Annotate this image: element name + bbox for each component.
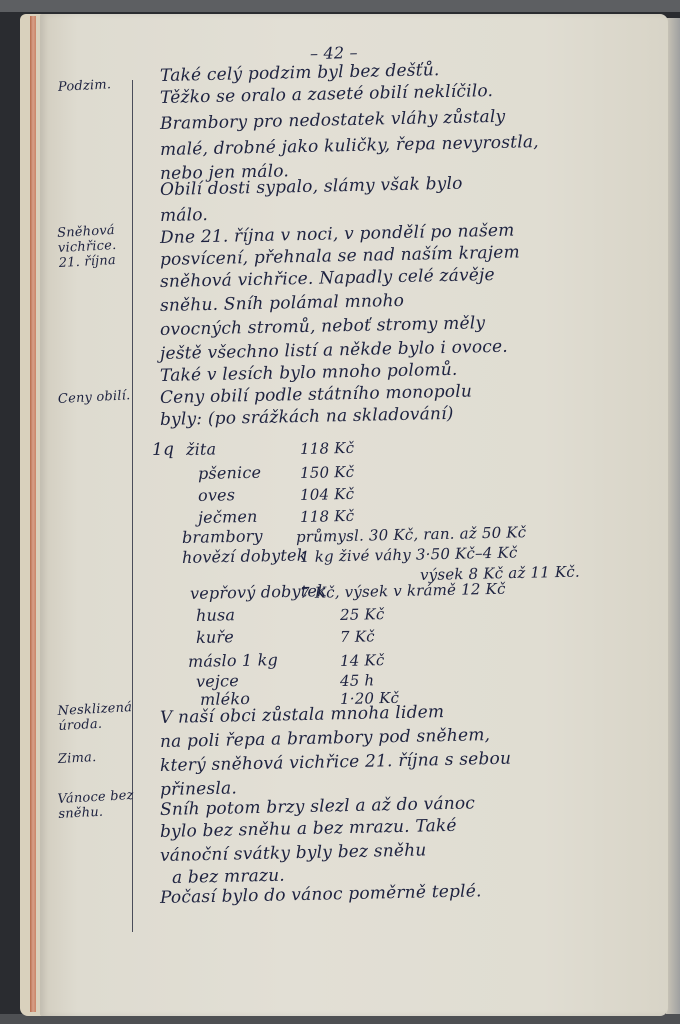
price-item-value: 118 Kč <box>300 439 355 458</box>
price-item-name: husa <box>196 605 236 625</box>
price-item-value: 150 Kč <box>300 463 355 482</box>
page-number: – 42 – <box>310 43 358 63</box>
right-page-edge <box>666 18 680 1014</box>
margin-note-unharvested: Nesklizená úroda. <box>57 700 138 734</box>
price-item-name: hovězí dobytek <box>182 545 307 567</box>
price-unit: 1q <box>152 440 175 460</box>
margin-note-christmas: Vánoce bez sněhu. <box>57 788 138 822</box>
price-item-name: máslo 1 kg <box>188 650 278 671</box>
price-item-name: kuře <box>196 627 234 647</box>
price-item-value: 104 Kč <box>300 485 355 504</box>
price-item-value: 45 h <box>340 671 375 690</box>
red-page-edge <box>30 16 36 1012</box>
price-item-name: oves <box>198 485 236 505</box>
price-item-name: žita <box>186 439 217 459</box>
price-item-name: vejce <box>196 671 239 691</box>
price-item-value: 14 Kč <box>340 651 385 670</box>
price-item-name: brambory <box>182 526 263 547</box>
closing-line: a bez mrazu. <box>172 866 285 888</box>
price-item-name: ječmen <box>198 507 258 527</box>
price-item-value: 7 Kč <box>340 627 375 646</box>
body-line: málo. <box>160 205 208 226</box>
price-item-value: 118 Kč <box>300 507 355 526</box>
margin-note-snowstorm: Sněhová vichřice. 21. října <box>57 222 139 271</box>
price-item-name: pšenice <box>198 463 262 483</box>
price-item-value: 25 Kč <box>340 605 385 624</box>
closing-line: přinesla. <box>160 778 237 800</box>
